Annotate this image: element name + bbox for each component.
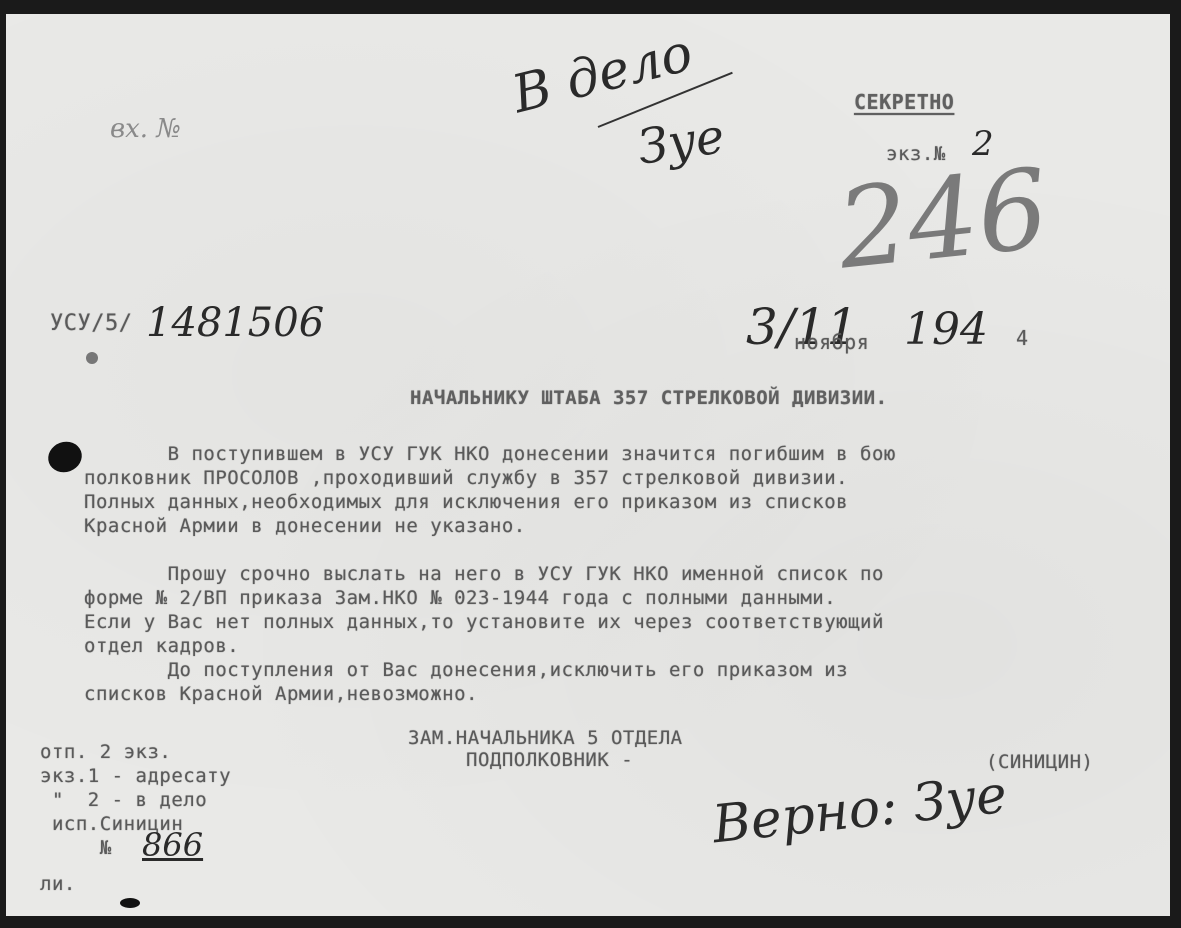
body-line: Полных данных,необходимых для исключения… bbox=[84, 490, 848, 514]
body-line: полковник ПРОСОЛОВ ,проходивший службу в… bbox=[84, 466, 848, 490]
body-line: Прошу срочно выслать на него в УСУ ГУК Н… bbox=[84, 562, 884, 586]
file-note: В дело bbox=[506, 23, 698, 125]
body-line: В поступившем в УСУ ГУК НКО донесении зн… bbox=[84, 442, 896, 466]
addressee: НАЧАЛЬНИКУ ШТАБА 357 СТРЕЛКОВОЙ ДИВИЗИИ. bbox=[410, 386, 888, 410]
ink-spot bbox=[86, 352, 98, 364]
reference-prefix: УСУ/5/ bbox=[50, 312, 132, 336]
classification-label: СЕКРЕТНО bbox=[854, 90, 954, 114]
footer-line: " 2 - в дело bbox=[40, 788, 207, 812]
body-line: форме № 2/ВП приказа Зам.НКО № 023-1944 … bbox=[84, 586, 836, 610]
date-month: ноября bbox=[794, 330, 869, 354]
signature-position: ЗАМ.НАЧАЛЬНИКА 5 ОТДЕЛА bbox=[408, 726, 683, 750]
body-line: Красной Армии в донесении не указано. bbox=[84, 514, 526, 538]
date-year: 194 bbox=[904, 304, 988, 355]
body-line: отдел кадров. bbox=[84, 634, 239, 658]
body-line: Если у Вас нет полных данных,то установи… bbox=[84, 610, 884, 634]
footer-initials: ли. bbox=[40, 872, 76, 896]
footer-number: 866 bbox=[142, 826, 203, 864]
footer-line: экз.1 - адресату bbox=[40, 764, 231, 788]
signature-rank: ПОДПОЛКОВНИК - bbox=[466, 748, 633, 772]
body-line: До поступления от Вас донесения,исключит… bbox=[84, 658, 848, 682]
ink-blot bbox=[120, 898, 140, 908]
footer-line: отп. 2 экз. bbox=[40, 740, 171, 764]
reference-number: 1481506 bbox=[146, 300, 324, 346]
certified-note: Верно: Зуе bbox=[710, 765, 1010, 856]
footer-line: № bbox=[40, 836, 112, 860]
file-note-initials: Зуе bbox=[635, 108, 728, 175]
incoming-note: вх. № bbox=[110, 114, 181, 144]
document-page: вх. № В дело Зуе СЕКРЕТНО экз.№ 2 246 УС… bbox=[6, 14, 1170, 916]
date-year-digit: 4 bbox=[1016, 326, 1029, 350]
registration-number: 246 bbox=[833, 153, 1053, 284]
body-line: списков Красной Армии,невозможно. bbox=[84, 682, 478, 706]
punch-hole bbox=[44, 437, 86, 477]
